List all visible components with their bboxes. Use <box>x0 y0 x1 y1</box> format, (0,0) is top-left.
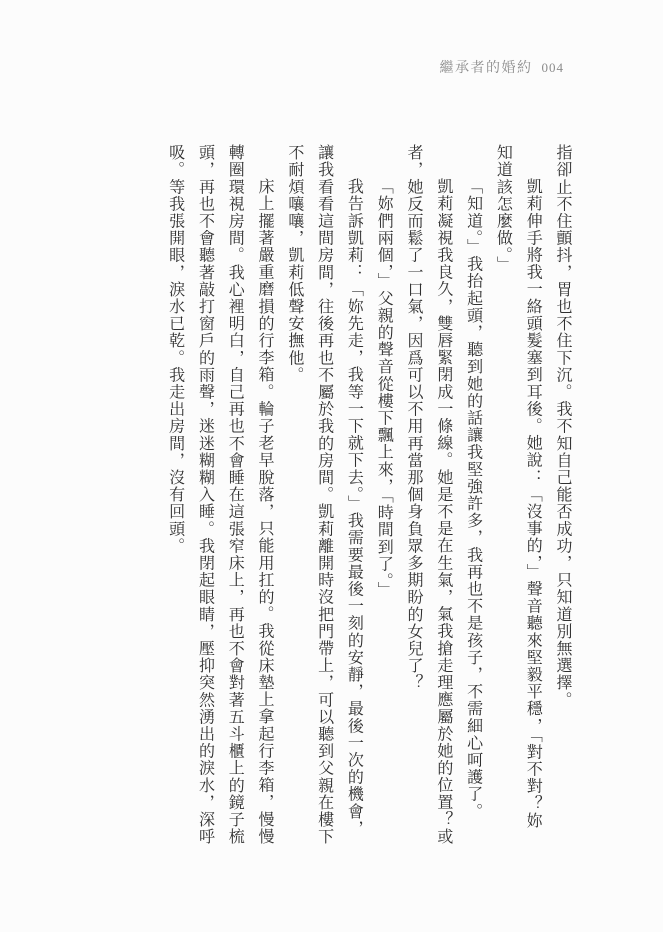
text-column: 不耐煩嚷嚷，凱莉低聲安撫他。 <box>279 144 309 850</box>
text-column: 知道該怎麼做。」 <box>488 144 518 850</box>
text-column: 頭，再也不會聽著敲打窗戶的雨聲，迷迷糊糊入睡。我閉起眼睛，壓抑突然湧出的淚水，深… <box>190 144 220 850</box>
book-title: 繼承者的婚約 <box>440 57 533 77</box>
text-column: 凱莉伸手將我一絡頭髮塞到耳後。她說：「沒事的，」聲音聽來堅毅平穩，「對不對？妳 <box>517 144 547 850</box>
book-page: 繼承者的婚約 004 指卻止不住顫抖，胃也不住下沉。我不知自己能否成功，只知道別… <box>0 0 663 932</box>
text-column: 「妳們兩個，」父親的聲音從樓下飄上來，「時間到了。」 <box>368 144 398 850</box>
running-head: 繼承者的婚約 004 <box>440 57 565 77</box>
text-column: 者，她反而鬆了一口氣，因爲可以不用再當那個身負眾多期盼的女兒了？ <box>398 144 428 850</box>
text-column: 我告訴凱莉：「妳先走，我等一下就下去。」我需要最後一刻的安靜，最後一次的機會， <box>339 144 369 850</box>
page-number: 004 <box>542 60 565 76</box>
text-column: 「知道。」我抬起頭，聽到她的話讓我堅強許多，我再也不是孩子，不需細心呵護了。 <box>458 144 488 850</box>
text-column: 指卻止不住顫抖，胃也不住下沉。我不知自己能否成功，只知道別無選擇。 <box>547 144 577 850</box>
text-column: 轉圈環視房間。我心裡明白，自己再也不會睡在這張窄床上，再也不會對著五斗櫃上的鏡子… <box>219 144 249 850</box>
text-column: 床上擺著嚴重磨損的行李箱。輪子老早脫落，只能用扛的。我從床墊上拿起行李箱，慢慢 <box>249 144 279 850</box>
text-column: 吸。等我張開眼，淚水已乾。我走出房間，沒有回頭。 <box>160 144 190 850</box>
text-column: 讓我看看這間房間，往後再也不屬於我的房間。凱莉離開時沒把門帶上，可以聽到父親在樓… <box>309 144 339 850</box>
text-column: 凱莉凝視我良久，雙唇緊閉成一條線。她是不是在生氣，氣我搶走理應屬於她的位置？或 <box>428 144 458 850</box>
body-text: 指卻止不住顫抖，胃也不住下沉。我不知自己能否成功，只知道別無選擇。凱莉伸手將我一… <box>160 144 577 850</box>
